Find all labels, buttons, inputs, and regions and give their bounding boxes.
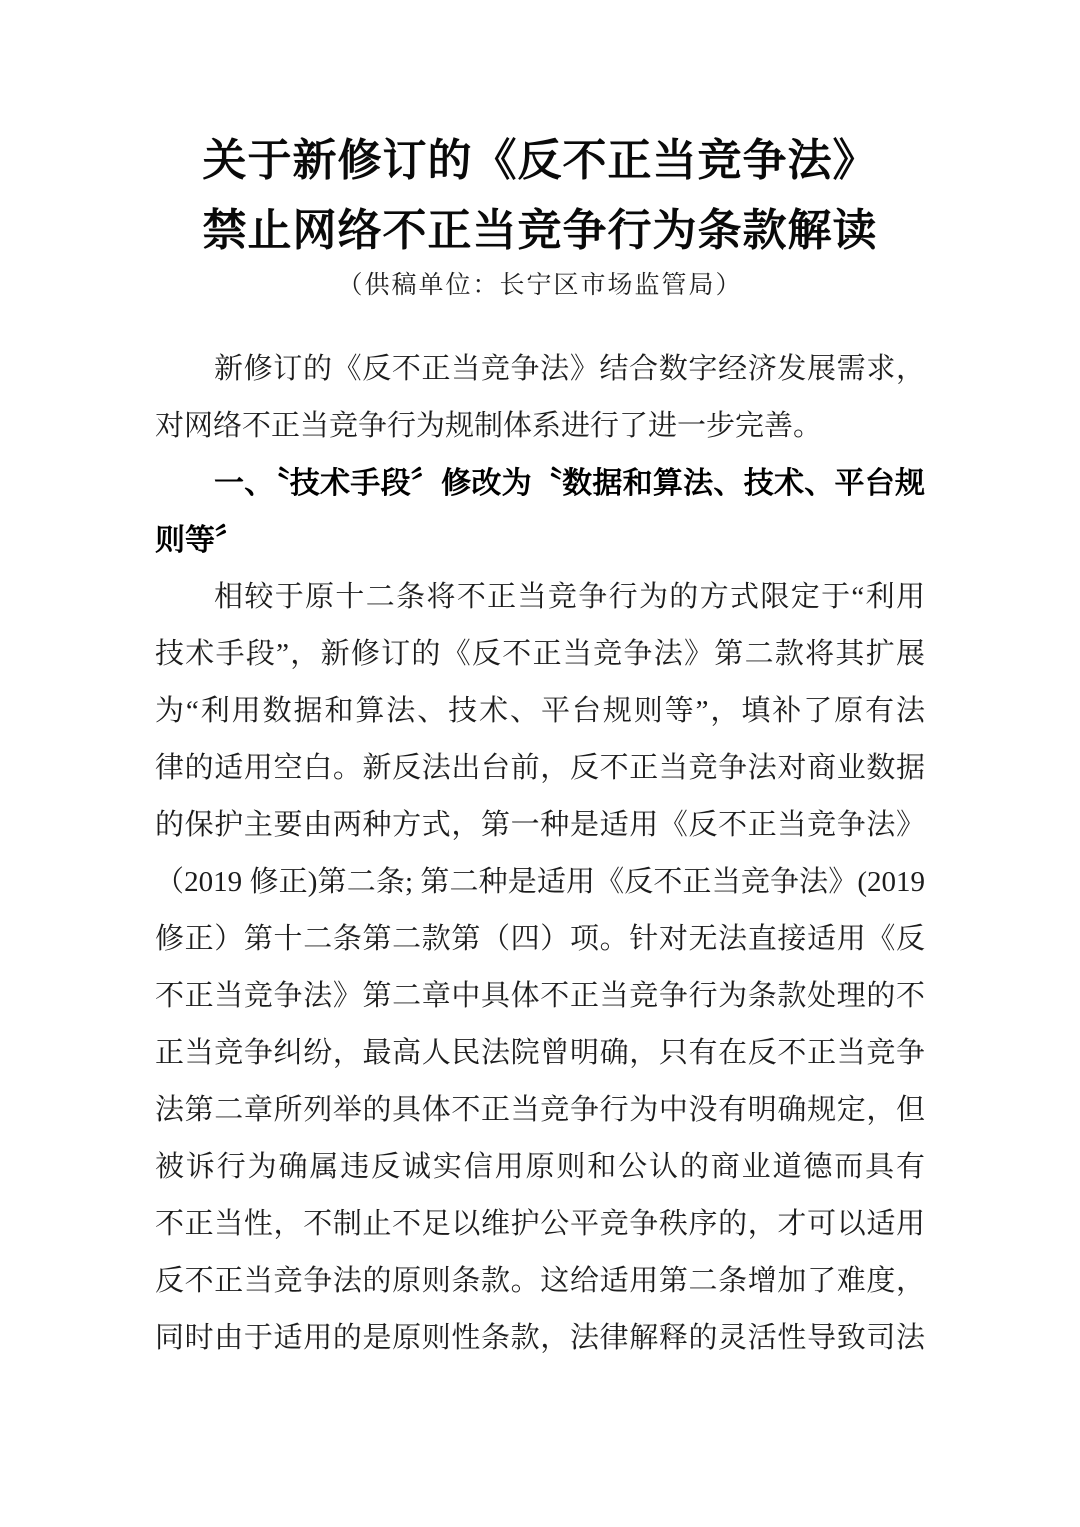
document-page: 关于新修订的《反不正当竞争法》 禁止网络不正当竞争行为条款解读 （供稿单位：长宁… [0, 0, 1080, 1527]
body-line: 不正当性，不制止不足以维护公平竞争秩序的，才可以适用 [155, 1196, 925, 1253]
body-line: 修正）第十二条第二款第（四）项。针对无法直接适用《反 [155, 911, 925, 968]
document-title-line2: 禁止网络不正当竞争行为条款解读 [0, 196, 1080, 266]
body-line: 法第二章所列举的具体不正当竞争行为中没有明确规定，但 [155, 1082, 925, 1139]
body-line: 律的适用空白。新反法出台前，反不正当竞争法对商业数据 [155, 740, 925, 797]
body-line: 被诉行为确属违反诚实信用原则和公认的商业道德而具有 [155, 1139, 925, 1196]
body-line: 新修订的《反不正当竞争法》结合数字经济发展需求， [155, 341, 925, 398]
body-line: 不正当竞争法》第二章中具体不正当竞争行为条款处理的不 [155, 968, 925, 1025]
body-line: 反不正当竞争法的原则条款。这给适用第二条增加了难度， [155, 1253, 925, 1310]
body-line: 则等〞 [155, 512, 925, 569]
body-line: 同时由于适用的是原则性条款，法律解释的灵活性导致司法 [155, 1310, 925, 1367]
body-line: 对网络不正当竞争行为规制体系进行了进一步完善。 [155, 398, 925, 455]
body-line: 为“利用数据和算法、技术、平台规则等”，填补了原有法 [155, 683, 925, 740]
document-title: 关于新修订的《反不正当竞争法》 禁止网络不正当竞争行为条款解读 （供稿单位：长宁… [0, 126, 1080, 304]
document-title-line1: 关于新修订的《反不正当竞争法》 [0, 126, 1080, 196]
document-subtitle: （供稿单位：长宁区市场监管局） [0, 268, 1080, 304]
body-line: 技术手段”，新修订的《反不正当竞争法》第二款将其扩展 [155, 626, 925, 683]
document-body: 新修订的《反不正当竞争法》结合数字经济发展需求，对网络不正当竞争行为规制体系进行… [0, 341, 1080, 1367]
body-line: 的保护主要由两种方式，第一种是适用《反不正当竞争法》 [155, 797, 925, 854]
body-line: 正当竞争纠纷，最高人民法院曾明确，只有在反不正当竞争 [155, 1025, 925, 1082]
body-line: （2019 修正)第二条; 第二种是适用《反不正当竞争法》(2019 [155, 854, 925, 911]
body-line: 一、〝技术手段〞修改为〝数据和算法、技术、平台规 [155, 455, 925, 512]
body-line: 相较于原十二条将不正当竞争行为的方式限定于“利用 [155, 569, 925, 626]
